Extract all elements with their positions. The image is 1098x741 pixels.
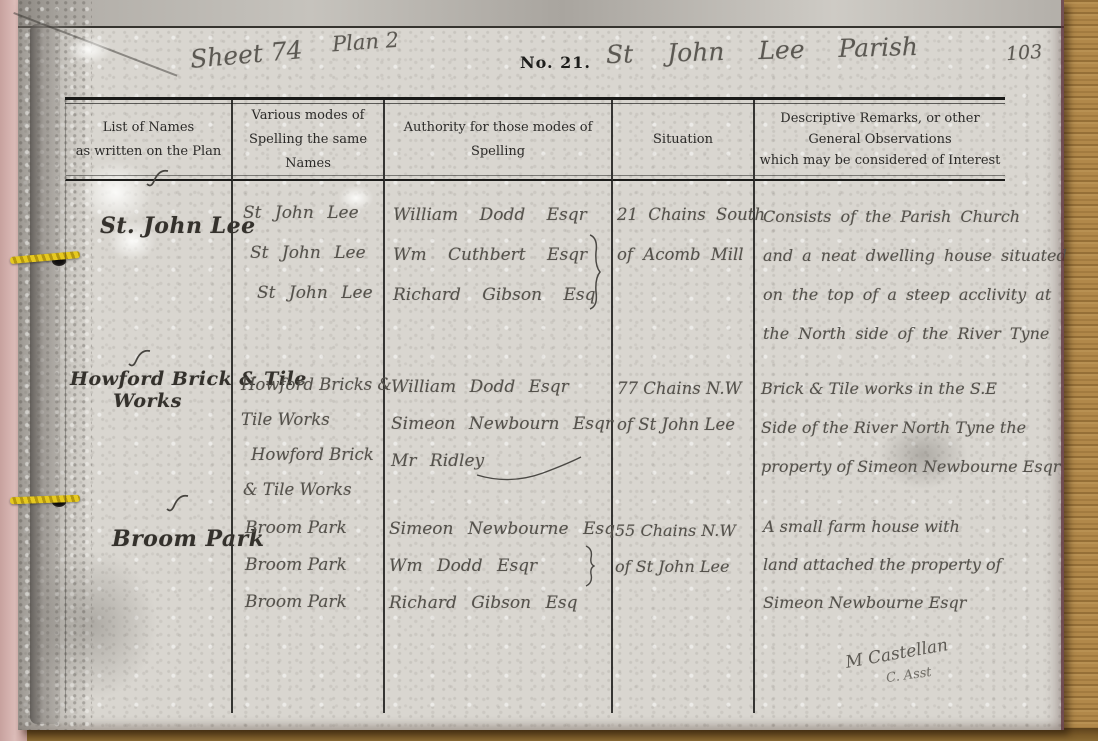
place-name: Broom Park bbox=[112, 526, 231, 552]
tick-flourish bbox=[126, 347, 154, 371]
spelling-line: St John Lee bbox=[257, 273, 383, 313]
spelling-line: Broom Park bbox=[245, 510, 383, 547]
entry-authority-cell: Simeon Newbourne Esq Wm Dodd Esqr Richar… bbox=[385, 498, 613, 713]
entry-name-cell: Howford Brick & Tile Works bbox=[65, 363, 233, 498]
header-line: Various modes of bbox=[252, 104, 365, 128]
entry-situation-cell: 77 Chains N.W of St John Lee bbox=[613, 363, 755, 498]
authority-line: Richard Gibson Esq bbox=[389, 585, 611, 622]
entry-name-cell: St. John Lee bbox=[65, 181, 233, 363]
spelling-line: Howford Bricks & bbox=[241, 367, 383, 402]
place-name: St. John Lee bbox=[100, 213, 231, 239]
printed-number-label: No. 21. bbox=[520, 53, 591, 72]
entry-situation-cell: 21 Chains South of Acomb Mill bbox=[613, 181, 755, 363]
scanned-document-photo: Sheet 74 Plan 2 No. 21. St John Lee Pari… bbox=[0, 0, 1098, 741]
authority-line: Wm Cuthbert Esqr bbox=[393, 235, 611, 275]
remarks-line: property of Simeon Newbourne Esqr bbox=[761, 447, 1005, 486]
document-page: Sheet 74 Plan 2 No. 21. St John Lee Pari… bbox=[18, 0, 1064, 730]
tick-flourish bbox=[164, 492, 192, 516]
header-line: as written on the Plan bbox=[76, 140, 221, 164]
remarks-line: the North side of the River Tyne bbox=[763, 314, 1005, 353]
situation-line: of Acomb Mill bbox=[617, 235, 753, 275]
header-line: Spelling the same Names bbox=[233, 128, 383, 176]
header-line: which may be considered of Interest bbox=[760, 150, 1001, 171]
page-number: 103 bbox=[1005, 41, 1043, 65]
header-line: Descriptive Remarks, or other bbox=[780, 108, 979, 129]
spelling-line: Broom Park bbox=[245, 547, 383, 584]
remarks-line: Side of the River North Tyne the bbox=[761, 408, 1005, 447]
binding-strip bbox=[30, 24, 60, 724]
situation-line: 77 Chains N.W bbox=[617, 371, 753, 407]
remarks-line: Brick & Tile works in the S.E bbox=[761, 369, 1005, 408]
remarks-line: Consists of the Parish Church bbox=[763, 197, 1005, 236]
authority-line: Simeon Newbourn Esqr bbox=[391, 406, 611, 443]
column-header-authority: Authority for those modes of Spelling bbox=[385, 100, 613, 181]
brace-flourish bbox=[583, 544, 595, 588]
entry-authority-cell: William Dodd Esqr Wm Cuthbert Esqr Richa… bbox=[385, 181, 613, 363]
situation-line: 21 Chains South bbox=[617, 195, 753, 235]
page-right-edge-shadow bbox=[1061, 0, 1064, 730]
entry-spellings-cell: Broom Park Broom Park Broom Park bbox=[233, 498, 385, 713]
authority-line: Richard Gibson Esq bbox=[393, 275, 611, 315]
swash-flourish bbox=[475, 455, 585, 485]
entry-remarks-cell: Consists of the Parish Church and a neat… bbox=[755, 181, 1005, 363]
entry-remarks-cell: Brick & Tile works in the S.E Side of th… bbox=[755, 363, 1005, 498]
header-line: General Observations bbox=[808, 129, 951, 150]
column-header-remarks: Descriptive Remarks, or other General Ob… bbox=[755, 100, 1005, 181]
remarks-line: Simeon Newbourne Esqr bbox=[763, 584, 1005, 622]
header-line: Situation bbox=[653, 128, 713, 152]
column-header-spellings: Various modes of Spelling the same Names bbox=[233, 100, 385, 181]
parish-title-handwritten: St John Lee Parish bbox=[606, 32, 919, 69]
spelling-line: Broom Park bbox=[245, 584, 383, 621]
entry-situation-cell: 55 Chains N.W of St John Lee bbox=[613, 498, 755, 713]
remarks-line: land attached the property of bbox=[763, 546, 1005, 584]
authority-line: Wm Dodd Esqr bbox=[389, 548, 611, 585]
remarks-line: and a neat dwelling house situated bbox=[763, 236, 1005, 275]
tick-flourish bbox=[144, 167, 172, 191]
entry-remarks-cell: A small farm house with land attached th… bbox=[755, 498, 1005, 713]
entry-spellings-cell: St John Lee St John Lee St John Lee bbox=[233, 181, 385, 363]
place-name: Works bbox=[70, 390, 225, 412]
entry-authority-cell: William Dodd Esqr Simeon Newbourn Esqr M… bbox=[385, 363, 613, 498]
spelling-line: St John Lee bbox=[250, 233, 383, 273]
sheet-number-handwritten: Sheet 74 bbox=[189, 35, 304, 74]
entry-name-cell: Broom Park bbox=[65, 498, 233, 713]
remarks-line: A small farm house with bbox=[763, 508, 1005, 546]
entry-spellings-cell: Howford Bricks & Tile Works Howford Bric… bbox=[233, 363, 385, 498]
situation-line: of St John Lee bbox=[615, 549, 753, 585]
spelling-line: St John Lee bbox=[243, 193, 383, 233]
header-line: List of Names bbox=[103, 116, 194, 140]
authority-line: William Dodd Esqr bbox=[393, 195, 611, 235]
brace-flourish bbox=[587, 233, 601, 311]
authority-line: William Dodd Esqr bbox=[391, 369, 611, 406]
page-top-crumpled-edge bbox=[18, 0, 1064, 28]
plan-number-handwritten: Plan 2 bbox=[331, 28, 399, 57]
authority-line: Simeon Newbourne Esq bbox=[389, 511, 611, 548]
name-book-table: List of Names as written on the Plan Var… bbox=[65, 97, 1005, 713]
spelling-line: Tile Works bbox=[241, 402, 383, 437]
header-line: Authority for those modes of bbox=[404, 116, 593, 140]
place-name: Howford Brick & Tile bbox=[70, 368, 225, 390]
situation-line: of St John Lee bbox=[617, 407, 753, 443]
header-line: Spelling bbox=[471, 140, 525, 164]
situation-line: 55 Chains N.W bbox=[615, 513, 753, 549]
remarks-line: on the top of a steep acclivity at bbox=[763, 275, 1005, 314]
spelling-line: Howford Brick bbox=[251, 437, 383, 472]
column-header-situation: Situation bbox=[613, 100, 755, 181]
